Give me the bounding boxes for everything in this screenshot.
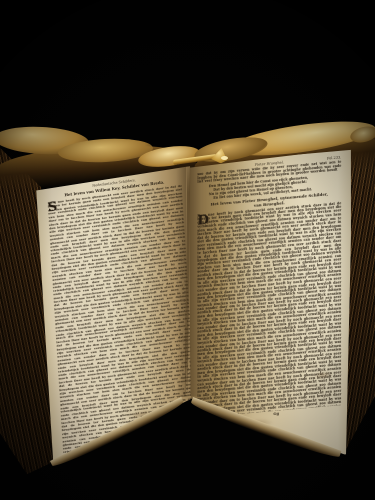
photo-scene: Nederlantsche Schilders. Het leven van W… — [0, 0, 375, 500]
right-body-text: DDaer nae heeft hy noch ghemaeckt een se… — [197, 201, 341, 417]
right-page-content: Pieter Brueghel. Fol.233. soo dat hy om … — [189, 150, 351, 468]
gutter-shadow-right — [190, 166, 201, 396]
right-body-filler: Daer nae heeft hy noch ghemaeckt een see… — [197, 201, 341, 417]
clasp-highlight — [221, 156, 228, 160]
right-page-surface: Pieter Brueghel. Fol.233. soo dat hy om … — [189, 150, 351, 468]
